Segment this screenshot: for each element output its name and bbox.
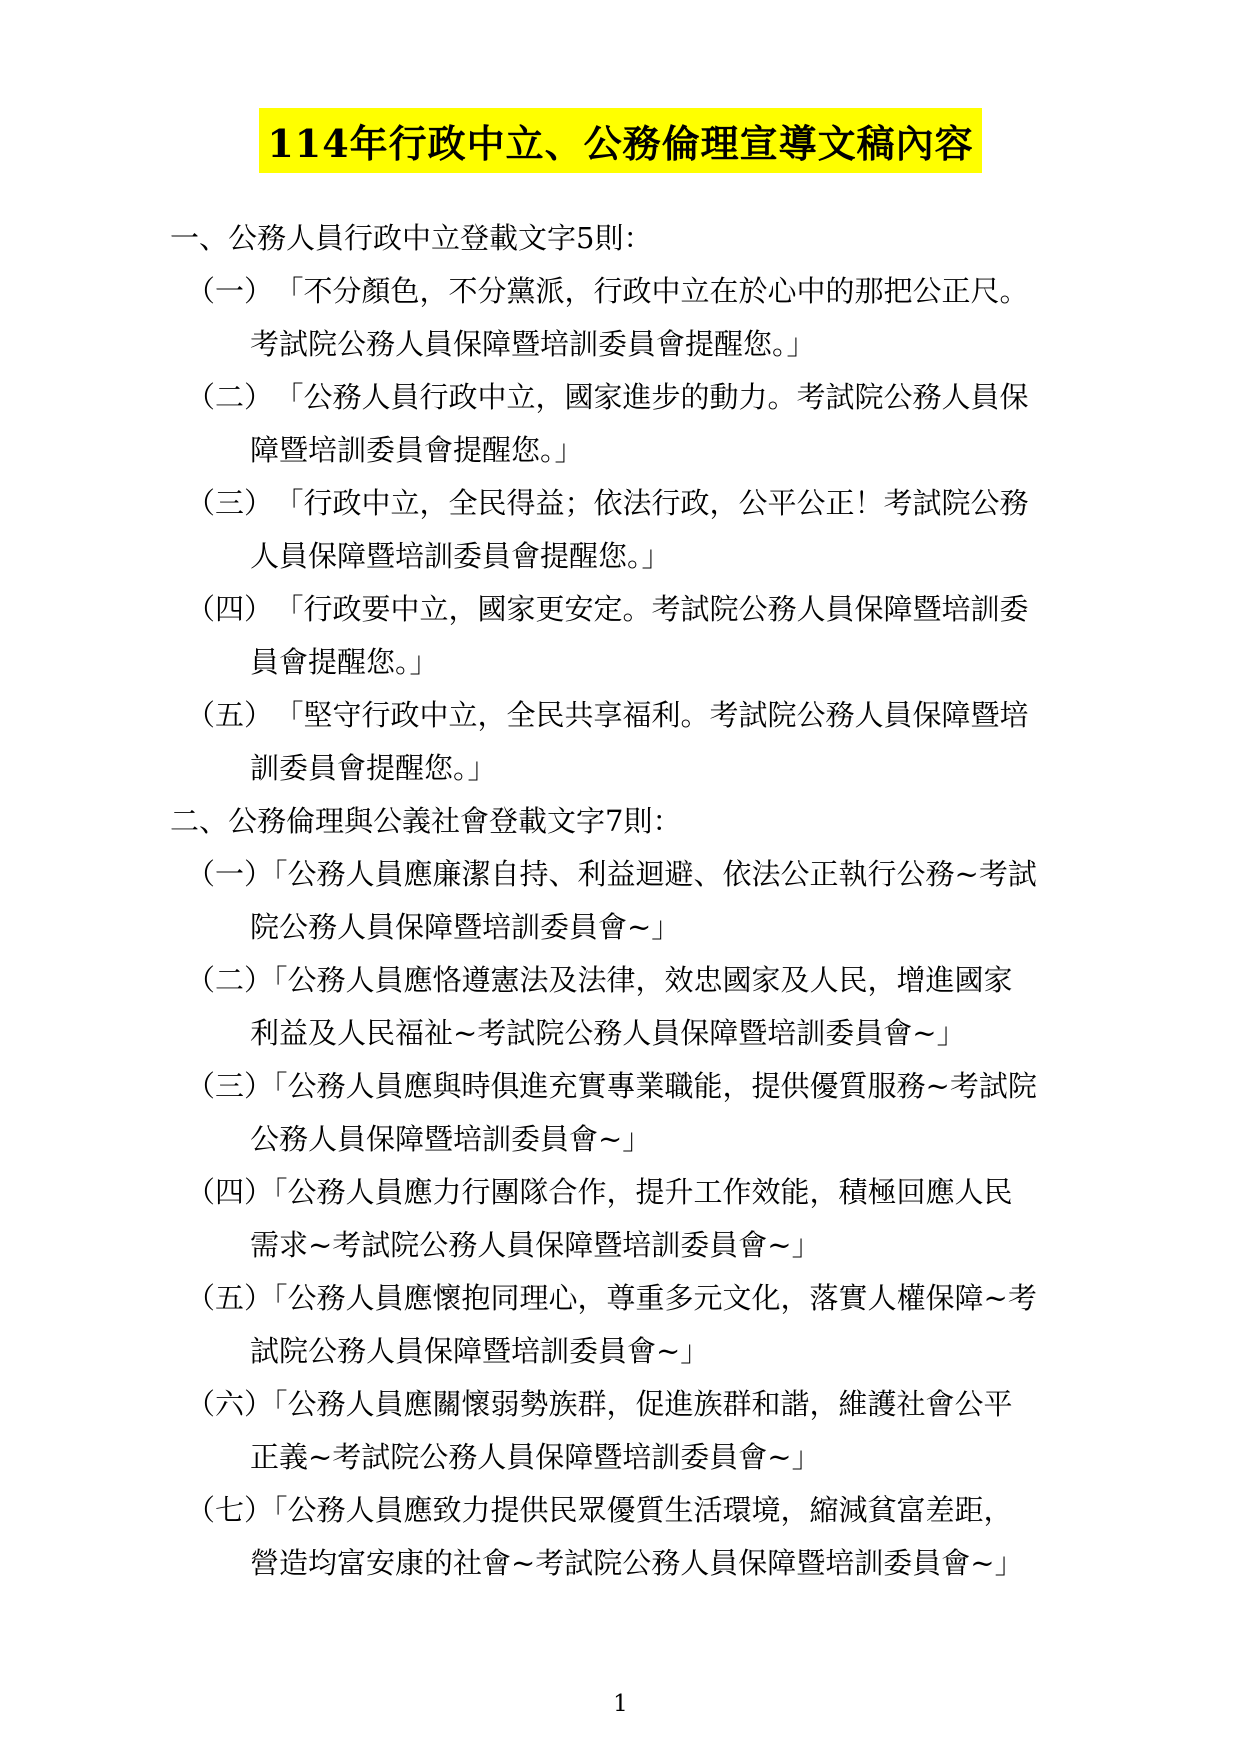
item-marker: （三） [186, 486, 273, 520]
section-1-item-1-line-2: 考試院公務人員保障暨培訓委員會提醒您。」 [250, 318, 1241, 371]
item-marker: （二） [186, 380, 273, 414]
item-marker: （三） [186, 1069, 273, 1103]
title-row: 114年行政中立、公務倫理宣導文稿內容 [0, 108, 1241, 173]
item-text: 「堅守行政中立，全民共享福利。考試院公務人員保障暨培 [289, 698, 1029, 732]
section-1-item-4-line-1: （四）「行政要中立，國家更安定。考試院公務人員保障暨培訓委 [186, 583, 1241, 636]
section-2-item-4-line-1: （四）「公務人員應力行團隊合作，提升工作效能，積極回應人民 [186, 1166, 1241, 1219]
item-text: 「行政要中立，國家更安定。考試院公務人員保障暨培訓委 [289, 592, 1029, 626]
item-marker: （六） [186, 1387, 273, 1421]
section-2-item-3-line-2: 公務人員保障暨培訓委員會~」 [250, 1113, 1241, 1166]
section-2-item-1-line-2: 院公務人員保障暨培訓委員會~」 [250, 901, 1241, 954]
section-1-item-2-line-2: 障暨培訓委員會提醒您。」 [250, 424, 1241, 477]
item-text: 「公務人員應與時俱進充實專業職能，提供優質服務~考試院 [273, 1069, 1037, 1103]
section-1-heading: 一、公務人員行政中立登載文字5則： [170, 212, 1241, 265]
item-text: 「公務人員應懷抱同理心，尊重多元文化，落實人權保障~考 [273, 1281, 1037, 1315]
section-1-item-5-line-2: 訓委員會提醒您。」 [250, 742, 1241, 795]
item-marker: （二） [186, 963, 273, 997]
section-1-item-3-line-1: （三）「行政中立，全民得益；依法行政，公平公正！考試院公務 [186, 477, 1241, 530]
item-text: 「不分顏色，不分黨派，行政中立在於心中的那把公正尺。 [289, 274, 1029, 308]
item-marker: （五） [186, 698, 273, 732]
section-1-item-2-line-1: （二）「公務人員行政中立，國家進步的動力。考試院公務人員保 [186, 371, 1241, 424]
section-2-item-4-line-2: 需求~考試院公務人員保障暨培訓委員會~」 [250, 1219, 1241, 1272]
item-text: 「公務人員應力行團隊合作，提升工作效能，積極回應人民 [273, 1175, 1013, 1209]
document-body: 一、公務人員行政中立登載文字5則： （一）「不分顏色，不分黨派，行政中立在於心中… [0, 212, 1241, 1590]
section-2-heading: 二、公務倫理與公義社會登載文字7則： [170, 795, 1241, 848]
section-2-item-6-line-1: （六）「公務人員應關懷弱勢族群，促進族群和諧，維護社會公平 [186, 1378, 1241, 1431]
item-text: 「公務人員應關懷弱勢族群，促進族群和諧，維護社會公平 [273, 1387, 1013, 1421]
item-text: 「行政中立，全民得益；依法行政，公平公正！考試院公務 [289, 486, 1029, 520]
section-1-item-1-line-1: （一）「不分顏色，不分黨派，行政中立在於心中的那把公正尺。 [186, 265, 1241, 318]
section-2-item-5-line-1: （五）「公務人員應懷抱同理心，尊重多元文化，落實人權保障~考 [186, 1272, 1241, 1325]
section-2-item-7-line-2: 營造均富安康的社會~考試院公務人員保障暨培訓委員會~」 [250, 1537, 1241, 1590]
page-title: 114年行政中立、公務倫理宣導文稿內容 [259, 108, 981, 173]
item-marker: （五） [186, 1281, 273, 1315]
item-text: 「公務人員應廉潔自持、利益迴避、依法公正執行公務~考試 [273, 857, 1037, 891]
section-1-item-3-line-2: 人員保障暨培訓委員會提醒您。」 [250, 530, 1241, 583]
section-1-item-4-line-2: 員會提醒您。」 [250, 636, 1241, 689]
item-marker: （一） [186, 857, 273, 891]
item-marker: （七） [186, 1493, 273, 1527]
section-2-item-1-line-1: （一）「公務人員應廉潔自持、利益迴避、依法公正執行公務~考試 [186, 848, 1241, 901]
page-number: 1 [0, 1691, 1241, 1717]
item-text: 「公務人員應恪遵憲法及法律，效忠國家及人民，增進國家 [273, 963, 1013, 997]
section-2-item-3-line-1: （三）「公務人員應與時俱進充實專業職能，提供優質服務~考試院 [186, 1060, 1241, 1113]
section-2-item-6-line-2: 正義~考試院公務人員保障暨培訓委員會~」 [250, 1431, 1241, 1484]
section-2-item-5-line-2: 試院公務人員保障暨培訓委員會~」 [250, 1325, 1241, 1378]
section-2-item-7-line-1: （七）「公務人員應致力提供民眾優質生活環境，縮減貧富差距， [186, 1484, 1241, 1537]
item-marker: （四） [186, 592, 273, 626]
section-2-item-2-line-1: （二）「公務人員應恪遵憲法及法律，效忠國家及人民，增進國家 [186, 954, 1241, 1007]
item-text: 「公務人員應致力提供民眾優質生活環境，縮減貧富差距， [273, 1493, 1013, 1527]
section-1-item-5-line-1: （五）「堅守行政中立，全民共享福利。考試院公務人員保障暨培 [186, 689, 1241, 742]
item-marker: （四） [186, 1175, 273, 1209]
section-2-item-2-line-2: 利益及人民福祉~考試院公務人員保障暨培訓委員會~」 [250, 1007, 1241, 1060]
item-marker: （一） [186, 274, 273, 308]
item-text: 「公務人員行政中立，國家進步的動力。考試院公務人員保 [289, 380, 1029, 414]
document-page: 114年行政中立、公務倫理宣導文稿內容 一、公務人員行政中立登載文字5則： （一… [0, 0, 1241, 1755]
